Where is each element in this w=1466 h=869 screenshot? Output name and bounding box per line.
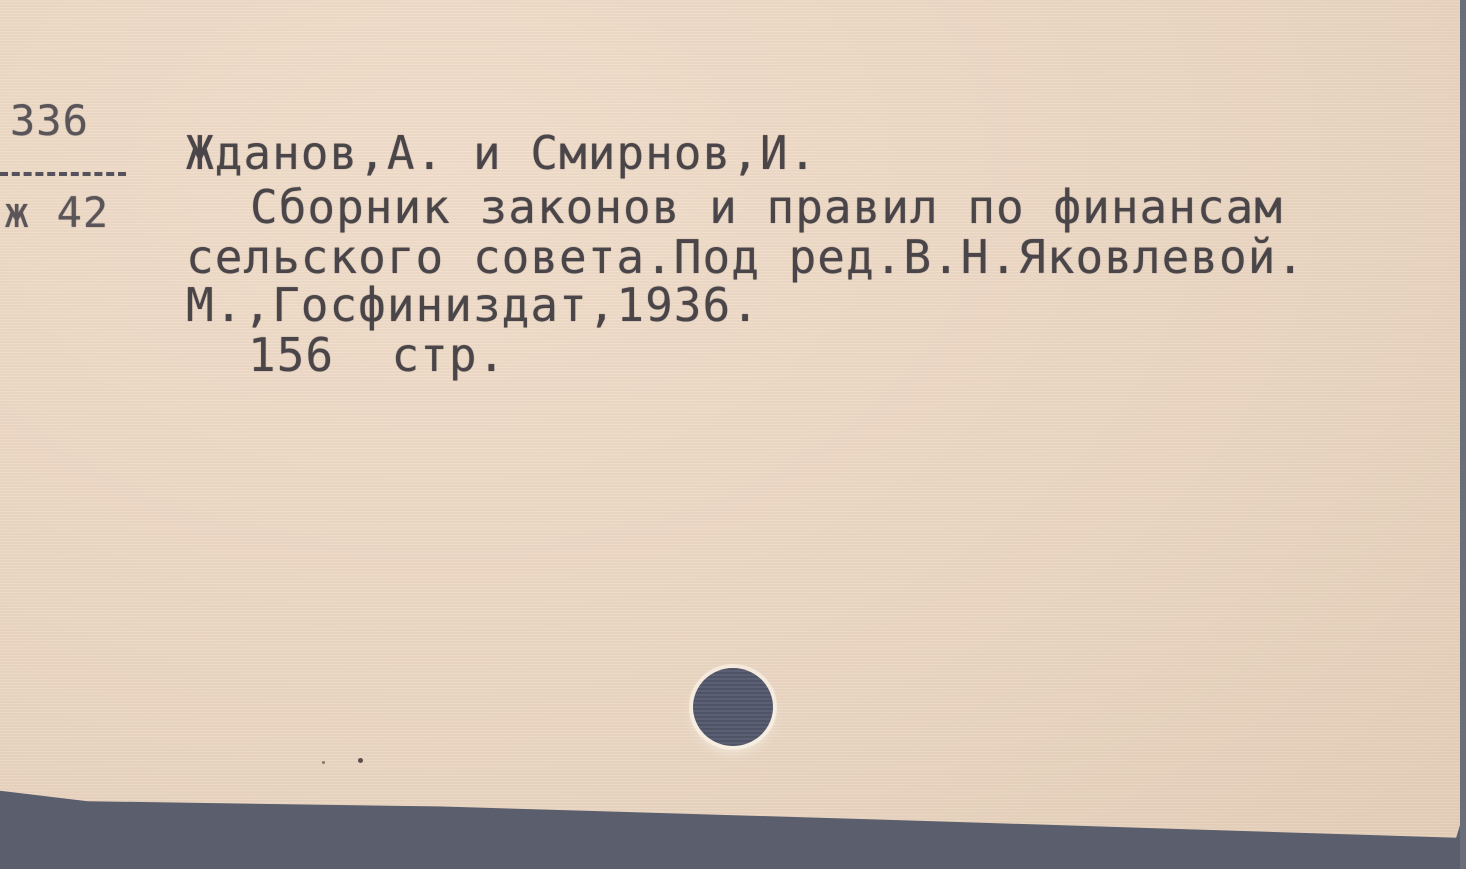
card-right-edge <box>1460 0 1466 869</box>
ink-speck <box>358 758 363 763</box>
title-line-1: Сборник законов и правил по финансам <box>250 182 1283 232</box>
pages-line: 156 стр. <box>248 330 506 380</box>
title-line-2: сельского совета.Под ред.В.Н.Яковлевой. <box>186 232 1305 282</box>
call-number-bottom: ж 42 <box>4 188 109 237</box>
call-number-divider <box>0 172 126 176</box>
punch-hole <box>693 668 773 746</box>
authors-line: Жданов,А. и Смирнов,И. <box>186 128 817 178</box>
call-number-top: 336 <box>10 96 89 145</box>
catalog-card: 336 ж 42 Жданов,А. и Смирнов,И. Сборник … <box>0 0 1462 869</box>
imprint-line: М.,Госфиниздат,1936. <box>186 280 760 330</box>
ink-speck <box>322 761 325 764</box>
scan-background: 336 ж 42 Жданов,А. и Смирнов,И. Сборник … <box>0 0 1466 869</box>
